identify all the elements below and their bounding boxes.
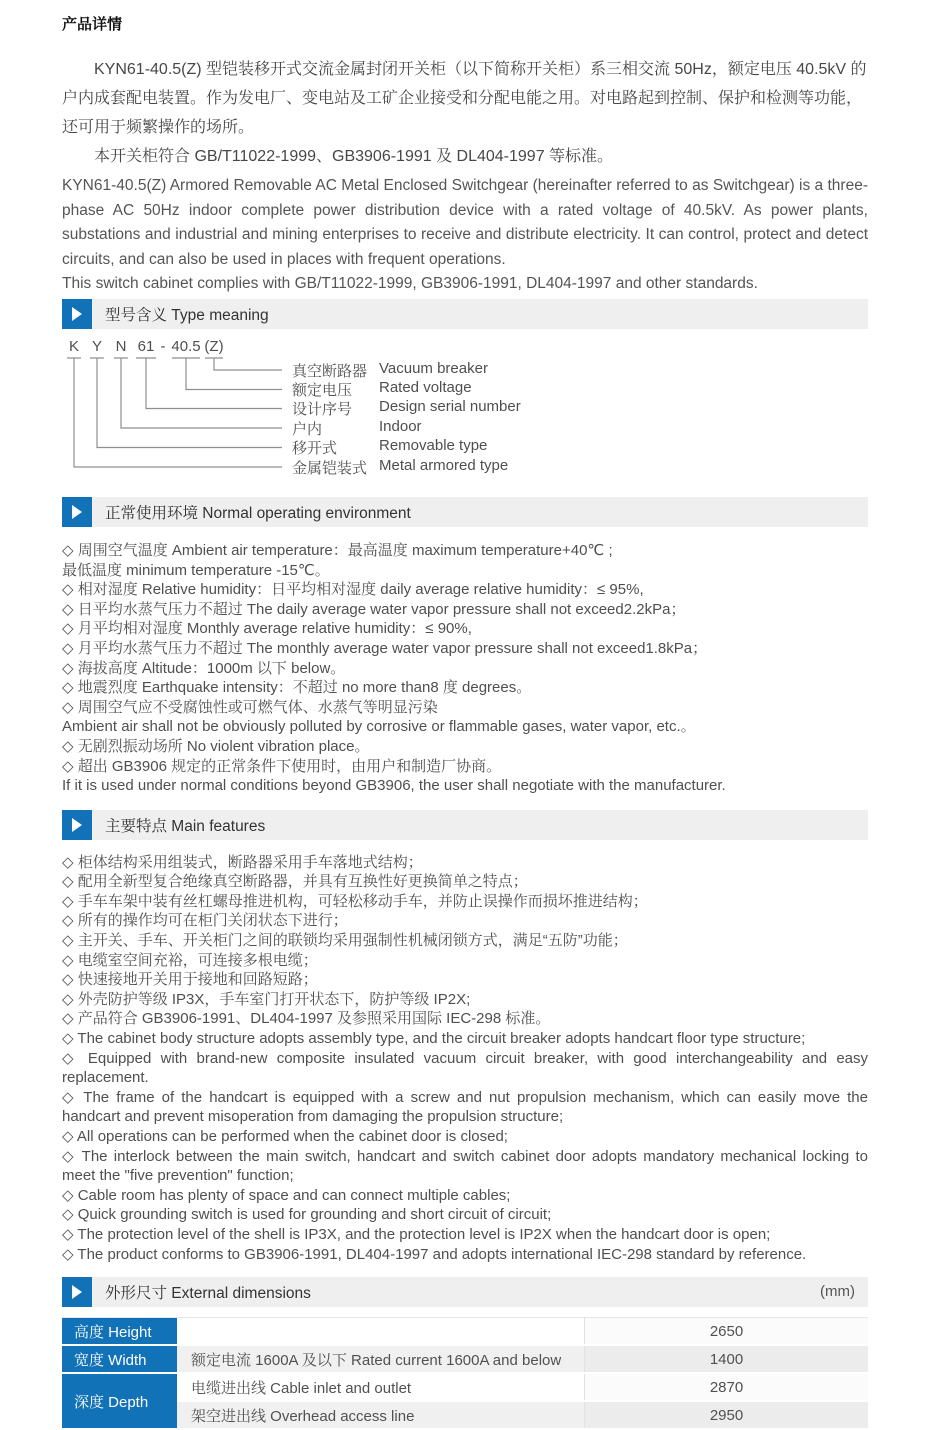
unit-label: (mm)	[820, 1277, 855, 1307]
play-arrow-icon	[62, 497, 92, 527]
diagram-label-en: Removable type	[379, 437, 487, 454]
env-item: ◇ 海拔高度 Altitude：1000m 以下 below。	[62, 659, 868, 679]
dim-label-cell: 深度 Depth	[62, 1373, 177, 1429]
dim-desc-cell: 电缆进出线 Cable inlet and outlet	[177, 1373, 585, 1401]
section-header-dimensions: 外形尺寸 External dimensions (mm)	[62, 1277, 868, 1307]
section-header-features: 主要特点 Main features	[62, 810, 868, 840]
table-row: 深度 Depth电缆进出线 Cable inlet and outlet2870	[62, 1373, 868, 1401]
type-code-part: (Z)	[204, 338, 223, 355]
table-row: 架空进出线 Overhead access line2950	[62, 1401, 868, 1429]
feature-item: ◇ 快速接地开关用于接地和回路短路；	[62, 970, 868, 990]
type-code-part: K	[69, 338, 79, 355]
feature-item: ◇ 柜体结构采用组装式，断路器采用手车落地式结构；	[62, 853, 868, 873]
diagram-label-cn: 额定电压	[292, 379, 352, 400]
dims-tbody: 高度 Height2650宽度 Width额定电流 1600A 及以下 Rate…	[62, 1318, 868, 1430]
dim-desc-cell: 架空进出线 Overhead access line	[177, 1401, 585, 1429]
dim-value-cell: 2870	[585, 1373, 869, 1401]
feature-list: ◇ 柜体结构采用组装式，断路器采用手车落地式结构；◇ 配用全新型复合绝缘真空断路…	[62, 853, 868, 1264]
dim-desc-cell	[177, 1318, 585, 1346]
diagram-label-en: Indoor	[379, 418, 422, 435]
dim-label-cell: 高度 Height	[62, 1318, 177, 1346]
diagram-label-cn: 设计序号	[292, 398, 352, 419]
env-item: 最低温度 minimum temperature -15℃。	[62, 561, 868, 581]
env-item: If it is used under normal conditions be…	[62, 776, 868, 796]
feature-item: ◇ The frame of the handcart is equipped …	[62, 1088, 868, 1127]
feature-item: ◇ The interlock between the main switch,…	[62, 1147, 868, 1186]
diagram-label-en: Rated voltage	[379, 379, 472, 396]
env-item: ◇ 无剧烈振动场所 No violent vibration place。	[62, 737, 868, 757]
dim-value-cell: 1400	[585, 1345, 869, 1373]
table-row: 宽度 Width额定电流 1600A 及以下 Rated current 160…	[62, 1345, 868, 1373]
product-detail-page: 产品详情 KYN61-40.5(Z) 型铠装移开式交流金属封闭开关柜（以下简称开…	[0, 0, 930, 1430]
section-header-environment: 正常使用环境 Normal operating environment	[62, 497, 868, 527]
feature-item: ◇ 主开关、手车、开关柜门之间的联锁均采用强制性机械闭锁方式，满足“五防”功能；	[62, 931, 868, 951]
env-item: ◇ 周围空气温度 Ambient air temperature：最高温度 ma…	[62, 541, 868, 561]
type-code-part: -	[161, 338, 166, 355]
type-code-part: Y	[92, 338, 102, 355]
section-title: 型号含义 Type meaning	[105, 303, 269, 325]
section-title: 主要特点 Main features	[105, 814, 265, 836]
table-row: 高度 Height2650	[62, 1318, 868, 1346]
env-item: ◇ 超出 GB3906 规定的正常条件下使用时，由用户和制造厂协商。	[62, 757, 868, 777]
type-code-part: 40.5	[171, 338, 200, 355]
intro-paragraph-en-2: This switch cabinet complies with GB/T11…	[62, 272, 868, 297]
diagram-label-cn: 真空断路器	[292, 360, 367, 381]
feature-item: ◇ Quick grounding switch is used for gro…	[62, 1205, 868, 1225]
diagram-label-en: Vacuum breaker	[379, 360, 488, 377]
section-title: 正常使用环境 Normal operating environment	[105, 501, 411, 523]
feature-item: ◇ 电缆室空间充裕，可连接多根电缆；	[62, 951, 868, 971]
diagram-label-cn: 金属铠装式	[292, 457, 367, 478]
feature-item: ◇ The product conforms to GB3906-1991, D…	[62, 1245, 868, 1265]
feature-item: ◇ Cable room has plenty of space and can…	[62, 1186, 868, 1206]
intro-paragraph-cn-2: 本开关柜符合 GB/T11022-1999、GB3906-1991 及 DL40…	[62, 142, 868, 171]
feature-item: ◇ 手车车架中装有丝杠螺母推进机构，可轻松移动手车，并防止误操作而损坏推进结构；	[62, 892, 868, 912]
env-item: Ambient air shall not be obviously pollu…	[62, 717, 868, 737]
feature-item: ◇ 产品符合 GB3906-1991、DL404-1997 及参照采用国际 IE…	[62, 1009, 868, 1029]
type-code-part: 61	[138, 338, 155, 355]
diagram-label-en: Metal armored type	[379, 457, 508, 474]
feature-item: ◇ All operations can be performed when t…	[62, 1127, 868, 1147]
diagram-label-en: Design serial number	[379, 398, 521, 415]
play-arrow-icon	[62, 299, 92, 329]
section-title: 外形尺寸 External dimensions	[105, 1281, 311, 1303]
feature-item: ◇ 外壳防护等级 IP3X，手车室门打开状态下，防护等级 IP2X;	[62, 990, 868, 1010]
feature-item: ◇ 配用全新型复合绝缘真空断路器，并具有互换性好更换简单之特点；	[62, 872, 868, 892]
env-item: ◇ 日平均水蒸气压力不超过 The daily average water va…	[62, 600, 868, 620]
feature-item: ◇ The cabinet body structure adopts asse…	[62, 1029, 868, 1049]
intro-paragraph-cn-1: KYN61-40.5(Z) 型铠装移开式交流金属封闭开关柜（以下简称开关柜）系三…	[62, 55, 868, 142]
dim-label-cell: 宽度 Width	[62, 1345, 177, 1373]
dim-value-cell: 2950	[585, 1401, 869, 1429]
dim-desc-cell: 额定电流 1600A 及以下 Rated current 1600A and b…	[177, 1345, 585, 1373]
play-arrow-icon	[62, 810, 92, 840]
env-item: ◇ 相对湿度 Relative humidity：日平均相对湿度 daily a…	[62, 580, 868, 600]
type-diagram: KYN61-40.5(Z)真空断路器Vacuum breaker额定电压Rate…	[62, 337, 868, 487]
env-item: ◇ 月平均相对湿度 Monthly average relative humid…	[62, 619, 868, 639]
feature-item: ◇ 所有的操作均可在柜门关闭状态下进行；	[62, 911, 868, 931]
feature-item: ◇ Equipped with brand-new composite insu…	[62, 1049, 868, 1088]
env-item: ◇ 地震烈度 Earthquake intensity：不超过 no more …	[62, 678, 868, 698]
env-list: ◇ 周围空气温度 Ambient air temperature：最高温度 ma…	[62, 541, 868, 796]
feature-item: ◇ The protection level of the shell is I…	[62, 1225, 868, 1245]
dimensions-table: 高度 Height2650宽度 Width额定电流 1600A 及以下 Rate…	[62, 1317, 868, 1430]
diagram-label-cn: 移开式	[292, 437, 337, 458]
env-item: ◇ 周围空气应不受腐蚀性或可燃气体、水蒸气等明显污染	[62, 698, 868, 718]
env-item: ◇ 月平均水蒸气压力不超过 The monthly average water …	[62, 639, 868, 659]
play-arrow-icon	[62, 1277, 92, 1307]
section-header-type-meaning: 型号含义 Type meaning	[62, 299, 868, 329]
type-code-part: N	[116, 338, 127, 355]
intro-paragraph-en-1: KYN61-40.5(Z) Armored Removable AC Metal…	[62, 174, 868, 272]
page-title: 产品详情	[62, 0, 868, 34]
diagram-label-cn: 户内	[292, 418, 322, 439]
dim-value-cell: 2650	[585, 1318, 869, 1346]
